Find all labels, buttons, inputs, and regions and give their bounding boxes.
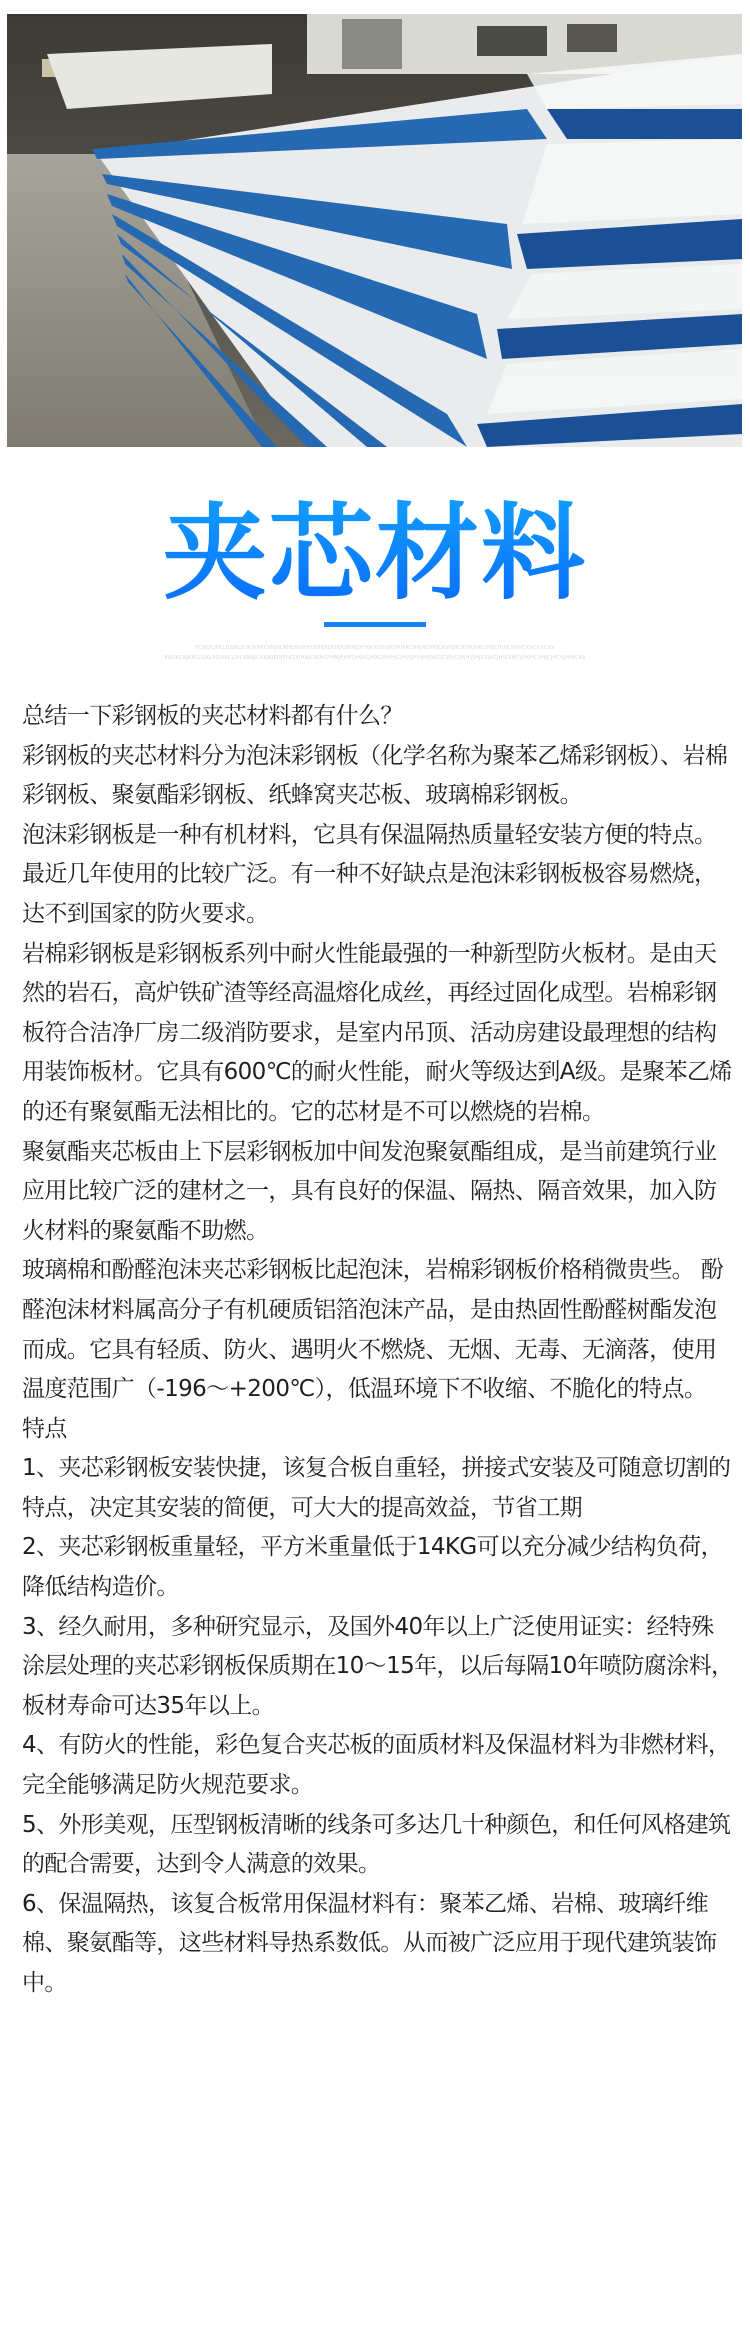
paragraph-core-materials: 彩钢板的夹芯材料分为泡沫彩钢板（化学名称为聚苯乙烯彩钢板）、岩棉彩钢板、聚氨酯彩… bbox=[22, 737, 734, 816]
paragraph-rockwool-panel: 岩棉彩钢板是彩钢板系列中耐火性能最强的一种新型防火板材。是由天然的岩石，高炉铁矿… bbox=[22, 935, 734, 1133]
sandwich-panel-image bbox=[7, 14, 742, 447]
features-heading: 特点 bbox=[22, 1410, 734, 1450]
feature-item-2: 2、夹芯彩钢板重量轻，平方米重量低于14KG可以充分减少结构负荷，降低结构造价。 bbox=[22, 1528, 734, 1607]
section-title-block: 夹芯材料 FCJKDLJFKLDJSKLJCIKJVXKCVNJXCKHDSUI… bbox=[0, 450, 750, 680]
article-body: 总结一下彩钢板的夹芯材料都有什么？ 彩钢板的夹芯材料分为泡沫彩钢板（化学名称为聚… bbox=[22, 697, 734, 2004]
decorative-text-line: VNXKCVJKXCLVJKLXCJVKCLJVCKBNJCXKWJEDJKHJ… bbox=[0, 655, 750, 661]
title-underline-divider bbox=[324, 622, 426, 627]
paragraph-glasswool-phenolic: 玻璃棉和酚醛泡沫夹芯彩钢板比起泡沫，岩棉彩钢板价格稍微贵些。 酚醛泡沫材料属高分… bbox=[22, 1251, 734, 1409]
paragraph-polyurethane-panel: 聚氨酯夹芯板由上下层彩钢板加中间发泡聚氨酯组成，是当前建筑行业应用比较广泛的建材… bbox=[22, 1133, 734, 1252]
feature-item-3: 3、经久耐用，多种研究显示，及国外40年以上广泛使用证实：经特殊涂层处理的夹芯彩… bbox=[22, 1608, 734, 1727]
hero-photo bbox=[7, 14, 742, 447]
feature-item-1: 1、夹芯彩钢板安装快捷，该复合板自重轻，拼接式安装及可随意切割的特点，决定其安装… bbox=[22, 1449, 734, 1528]
feature-item-5: 5、外形美观，压型钢板清晰的线条可多达几十种颜色，和任何风格建筑的配合需要，达到… bbox=[22, 1806, 734, 1885]
section-title: 夹芯材料 bbox=[0, 498, 750, 608]
intro-question: 总结一下彩钢板的夹芯材料都有什么？ bbox=[22, 697, 734, 737]
feature-item-4: 4、有防火的性能，彩色复合夹芯板的面质材料及保温材料为非燃材料，完全能够满足防火… bbox=[22, 1726, 734, 1805]
feature-item-6: 6、保温隔热，该复合板常用保温材料有：聚苯乙烯、岩棉、玻璃纤维棉、聚氨酯等，这些… bbox=[22, 1885, 734, 2004]
decorative-text-line: FCJKDLJFKLDJSKLJCIKJVXKCVNJXCKHDSUIHFUDH… bbox=[0, 645, 750, 651]
paragraph-foam-panel: 泡沫彩钢板是一种有机材料，它具有保温隔热质量轻安装方便的特点。最近几年使用的比较… bbox=[22, 816, 734, 935]
